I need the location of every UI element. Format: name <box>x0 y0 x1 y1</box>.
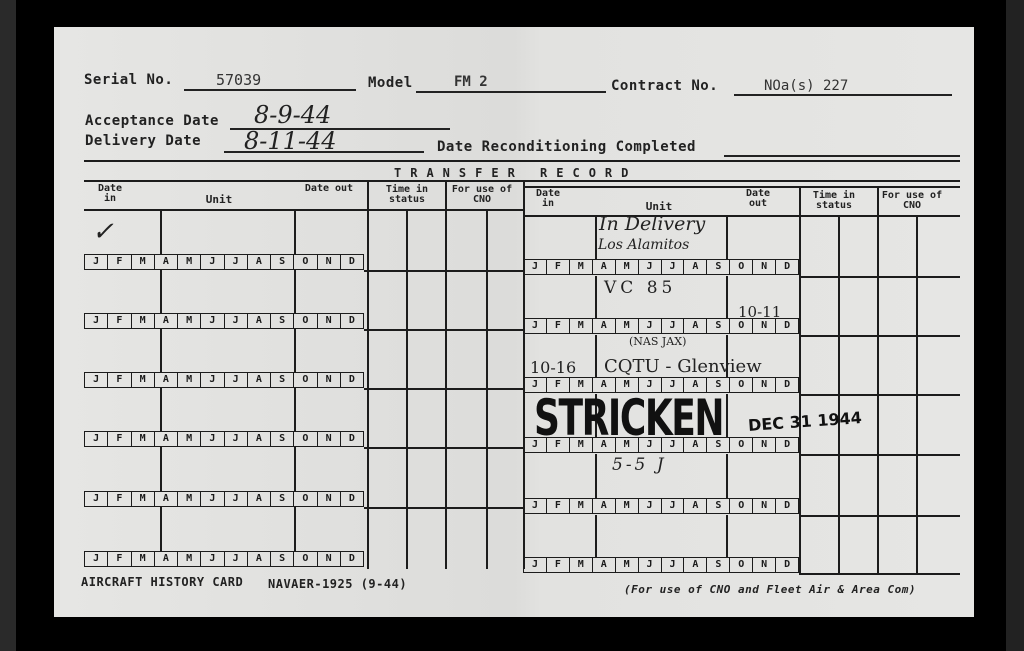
model-label: Model <box>368 75 413 91</box>
month-strip: JFMAMJJASOND <box>523 557 799 573</box>
contract-label: Contract No. <box>611 78 718 94</box>
vline <box>595 335 597 377</box>
vline <box>160 388 162 431</box>
vline <box>294 209 296 254</box>
serial-underline <box>184 89 356 91</box>
right-header-time-in-status: Time in status <box>802 191 866 211</box>
right-top-rule <box>523 186 960 188</box>
form-title: AIRCRAFT HISTORY CARD <box>81 575 243 589</box>
vline <box>726 215 728 259</box>
transfer-record-title: TRANSFER RECORD <box>394 166 637 180</box>
unit-entry: CQTU - Glenview <box>604 356 762 377</box>
right-header-for-use-cno: For use of CNO <box>880 191 944 211</box>
vline <box>294 388 296 431</box>
serial-value: 57039 <box>216 71 261 89</box>
vline <box>160 329 162 372</box>
month-strip: JFMAMJJASOND <box>84 372 364 388</box>
vline <box>595 276 597 318</box>
month-strip: JFMAMJJASOND <box>84 254 364 270</box>
vline <box>726 276 728 318</box>
stricken-stamp: STRICKEN <box>534 389 723 447</box>
header-rule <box>84 160 960 162</box>
month-strip: JFMAMJJASOND <box>84 551 364 567</box>
left-header-time-in-status: Time in status <box>372 185 442 205</box>
month-strip: JFMAMJJASOND <box>84 491 364 507</box>
left-header-rule <box>84 209 524 211</box>
hline <box>799 276 960 278</box>
right-header-date-in: Date in <box>528 189 568 209</box>
hline <box>364 507 524 509</box>
vline <box>726 394 728 437</box>
unit-entry: 5-5 J <box>612 455 667 475</box>
vline <box>294 270 296 313</box>
hline <box>799 394 960 396</box>
scan-border-right <box>1006 0 1024 651</box>
reconditioning-underline <box>724 155 960 157</box>
hline <box>799 454 960 456</box>
vline <box>160 270 162 313</box>
vline <box>294 447 296 491</box>
left-header-for-use-cno: For use of CNO <box>447 185 517 205</box>
month-strip: JFMAMJJASOND <box>84 313 364 329</box>
stricken-date-stamp: DEC 31 1944 <box>747 408 862 435</box>
vline <box>294 507 296 551</box>
vline <box>160 507 162 551</box>
left-header-date-out: Date out <box>304 184 354 194</box>
hline <box>799 515 960 517</box>
left-vline-status <box>367 182 369 569</box>
vline <box>160 209 162 254</box>
scan-border-left <box>0 0 16 651</box>
acceptance-value: 8-9-44 <box>254 101 331 129</box>
right-bottom-rule <box>799 573 960 575</box>
vline <box>726 515 728 557</box>
title-rule <box>84 180 960 182</box>
month-strip: JFMAMJJASOND <box>523 259 799 275</box>
cno-note: (For use of CNO and Fleet Air & Area Com… <box>624 583 916 596</box>
hline <box>364 447 524 449</box>
month-strip: JFMAMJJASOND <box>523 318 799 334</box>
right-header-date-out: Date out <box>738 189 778 209</box>
contract-value: NOa(s) 227 <box>764 78 848 94</box>
hline <box>364 329 524 331</box>
model-underline <box>416 91 606 93</box>
unit-entry-sub: Los Alamitos <box>598 237 689 253</box>
unit-note: (NAS JAX) <box>629 335 686 348</box>
delivery-value: 8-11-44 <box>244 127 337 155</box>
checkmark: ✓ <box>92 217 114 247</box>
vline <box>595 515 597 557</box>
hline <box>799 335 960 337</box>
month-strip: JFMAMJJASOND <box>523 498 799 514</box>
serial-label: Serial No. <box>84 72 173 88</box>
month-strip: JFMAMJJASOND <box>84 431 364 447</box>
hline <box>364 388 524 390</box>
right-header-rule <box>523 215 960 217</box>
reconditioning-label: Date Reconditioning Completed <box>437 139 696 155</box>
left-header-date-in: Date in <box>90 184 130 204</box>
hline <box>364 270 524 272</box>
unit-entry: In Delivery <box>599 213 705 235</box>
model-value: FM 2 <box>454 74 488 90</box>
acceptance-label: Acceptance Date <box>85 113 219 129</box>
vline <box>595 454 597 498</box>
right-header-unit: Unit <box>614 202 704 212</box>
delivery-label: Delivery Date <box>85 133 201 149</box>
left-header-unit: Unit <box>174 195 264 205</box>
vline <box>595 215 597 259</box>
vline <box>726 454 728 498</box>
contract-underline <box>734 94 952 96</box>
date-in-entry: 10-16 <box>530 358 576 377</box>
left-vline-cno <box>445 182 447 569</box>
unit-entry: VC 85 <box>604 278 676 298</box>
aircraft-history-card: Serial No. 57039 Model FM 2 Contract No.… <box>54 27 974 617</box>
vline <box>160 447 162 491</box>
vline <box>294 329 296 372</box>
form-number: NAVAER-1925 (9-44) <box>268 577 407 591</box>
